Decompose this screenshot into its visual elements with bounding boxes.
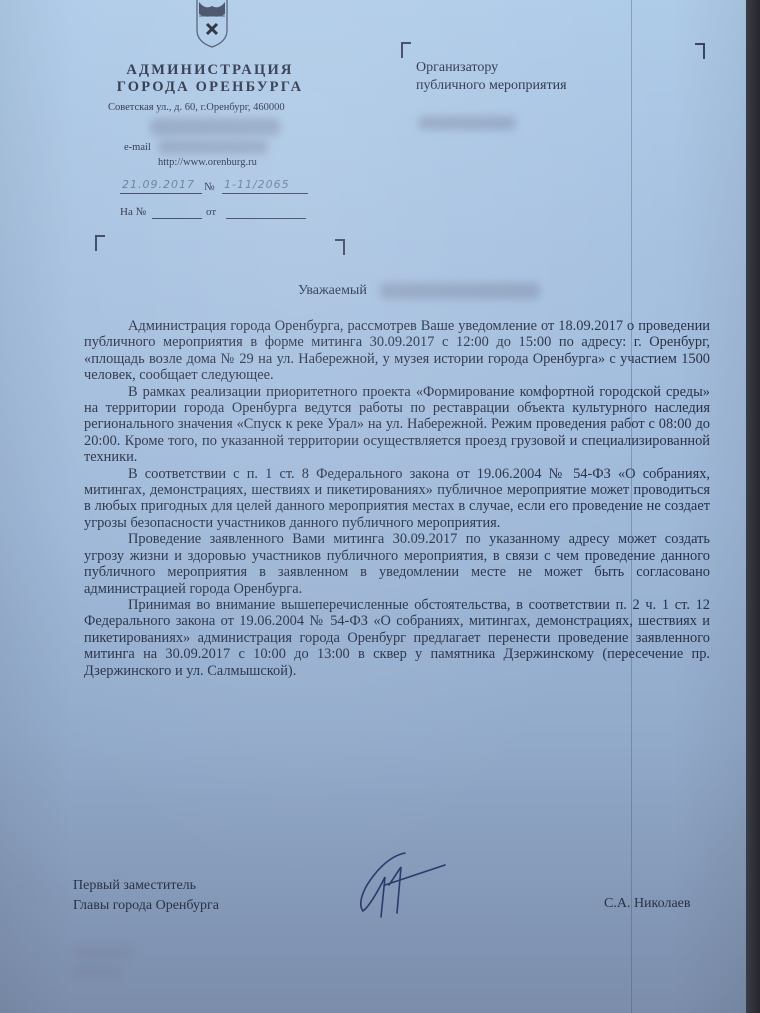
- corner-mark: [335, 239, 345, 255]
- paragraph: В рамках реализации приоритетного проект…: [84, 384, 710, 466]
- redacted-salutation-name: [380, 283, 540, 299]
- ref-number-label: На №: [120, 206, 146, 218]
- registration-date: 21.09.2017: [122, 178, 195, 191]
- addressee-line-1: Организатору: [416, 59, 567, 77]
- redacted-executor: [72, 946, 132, 958]
- coat-of-arms-icon: [193, 0, 231, 48]
- signatory-title-line-2: Главы города Оренбурга: [73, 896, 219, 916]
- addressee: Организатору публичного мероприятия: [416, 59, 567, 95]
- redacted-phone: [150, 118, 280, 136]
- number-underline: [222, 193, 308, 194]
- letter-page: АДМИНИСТРАЦИЯ ГОРОДА ОРЕНБУРГА Советская…: [0, 0, 746, 1013]
- letter-body: Администрация города Оренбурга, рассмотр…: [84, 318, 710, 679]
- signature-icon: [345, 845, 465, 920]
- corner-mark: [401, 42, 411, 58]
- background-edge: [746, 0, 760, 1013]
- registration-number: 1-11/2065: [224, 178, 290, 191]
- paragraph: Проведение заявленного Вами митинга 30.0…: [84, 531, 710, 597]
- ref-from-label: от: [206, 206, 216, 218]
- salutation: Уважаемый: [298, 283, 367, 299]
- redacted-email: [158, 140, 268, 154]
- corner-mark: [95, 235, 105, 251]
- website: http://www.orenburg.ru: [158, 157, 257, 168]
- signatory-title-line-1: Первый заместитель: [73, 876, 219, 896]
- paragraph: Принимая во внимание вышеперечисленные о…: [84, 597, 710, 679]
- corner-mark: [695, 43, 705, 59]
- paragraph: Администрация города Оренбурга, рассмотр…: [84, 318, 710, 384]
- org-line-1: АДМИНИСТРАЦИЯ: [110, 62, 310, 79]
- addressee-line-2: публичного мероприятия: [416, 77, 567, 95]
- org-address: Советская ул., д. 60, г.Оренбург, 460000: [108, 102, 285, 113]
- signatory-title: Первый заместитель Главы города Оренбург…: [73, 876, 219, 916]
- paragraph: В соответствии с п. 1 ст. 8 Федерального…: [84, 466, 710, 532]
- ref-number-line: [152, 218, 202, 219]
- date-underline: [120, 193, 202, 194]
- redacted-addressee-name: [418, 116, 516, 130]
- email-label: e-mail: [124, 142, 151, 153]
- org-line-2: ГОРОДА ОРЕНБУРГА: [110, 79, 310, 96]
- ref-date-line: [226, 218, 306, 219]
- organization-title: АДМИНИСТРАЦИЯ ГОРОДА ОРЕНБУРГА: [110, 62, 310, 96]
- redacted-executor-phone: [72, 966, 122, 978]
- number-sign: №: [204, 181, 215, 193]
- signatory-name: С.А. Николаев: [604, 896, 690, 912]
